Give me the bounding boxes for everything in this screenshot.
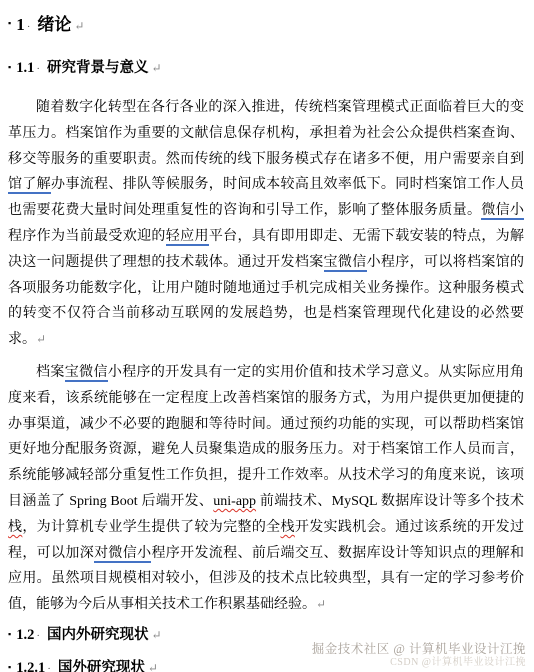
body-text-run: 小程序的开发具有一定的实用价值和技术学习意义。从实际应用角度来看，该系统能够在一… xyxy=(8,365,524,509)
outline-bullet-icon: ▪ xyxy=(8,623,11,645)
heading-title: 国外研究现状 xyxy=(58,660,145,672)
tab-mark: · xyxy=(36,630,40,642)
tab-mark: · xyxy=(47,663,51,672)
grammar-flagged-text: 对微信小 xyxy=(94,546,151,563)
tab-mark: · xyxy=(27,21,31,33)
paragraph-mark-icon: ↵ xyxy=(316,597,326,611)
paragraph-mark-icon: ↵ xyxy=(152,628,162,642)
grammar-flagged-text: 馆了解 xyxy=(8,177,51,194)
outline-bullet-icon: ▪ xyxy=(8,56,11,78)
grammar-flagged-text: 轻应用 xyxy=(166,229,209,246)
spell-flagged-text: uni-app xyxy=(213,494,256,509)
heading-section-1-1: ▪1.1·研究背景与意义↵ xyxy=(8,56,524,80)
tab-mark: · xyxy=(36,63,40,75)
paragraph-significance: 档案宝微信小程序的开发具有一定的实用价值和技术学习意义。从实际应用角度来看，该系… xyxy=(8,360,524,618)
paragraph-mark-icon: ↵ xyxy=(152,61,162,75)
outline-bullet-icon: ▪ xyxy=(8,656,11,672)
body-text-run: 办事流程、排队等候服务，时间成本较高且效率低下。同时档案馆工作人员也需要花费大量… xyxy=(8,177,524,218)
heading-title: 国内外研究现状 xyxy=(47,627,149,643)
heading-number: 1.2 xyxy=(16,627,34,643)
heading-section-1-2-1: ▪1.2.1·国外研究现状↵ xyxy=(8,656,524,672)
paragraph-background: 随着数字化转型在各行各业的深入推进，传统档案管理模式正面临着巨大的变革压力。档案… xyxy=(8,95,524,353)
outline-bullet-icon: ▪ xyxy=(8,10,11,36)
body-text-run: 随着数字化转型在各行各业的深入推进，传统档案管理模式正面临着巨大的变革压力。档案… xyxy=(8,100,524,167)
body-text-run: 前端技术、MySQL 数据库设计等多个技术 xyxy=(256,494,524,509)
heading-title: 绪论 xyxy=(37,15,71,34)
grammar-flagged-text: 微信小 xyxy=(481,203,524,220)
body-text-run: 程序作为当前最受欢迎的 xyxy=(8,229,166,244)
paragraph-mark-icon: ↵ xyxy=(74,19,84,33)
paragraph-mark-icon: ↵ xyxy=(36,332,46,346)
body-text-run: ，为计算机专业学生提供了较为完整的全 xyxy=(22,520,280,535)
document-page: ▪1·绪论↵ ▪1.1·研究背景与意义↵ 随着数字化转型在各行各业的深入推进，传… xyxy=(0,0,534,672)
heading-section-1-2: ▪1.2·国内外研究现状↵ xyxy=(8,623,524,647)
heading-number: 1.2.1 xyxy=(16,660,45,672)
grammar-flagged-text: 宝微信 xyxy=(65,365,108,382)
heading-chapter: ▪1·绪论↵ xyxy=(8,10,524,40)
body-text-run: 档案 xyxy=(36,365,65,380)
spell-flagged-text: 栈 xyxy=(281,520,295,535)
grammar-flagged-text: 宝微信 xyxy=(324,255,367,272)
heading-number: 1 xyxy=(16,15,25,34)
spell-flagged-text: 栈 xyxy=(8,520,22,535)
paragraph-mark-icon: ↵ xyxy=(148,661,158,672)
heading-title: 研究背景与意义 xyxy=(47,60,149,76)
heading-number: 1.1 xyxy=(16,60,34,76)
